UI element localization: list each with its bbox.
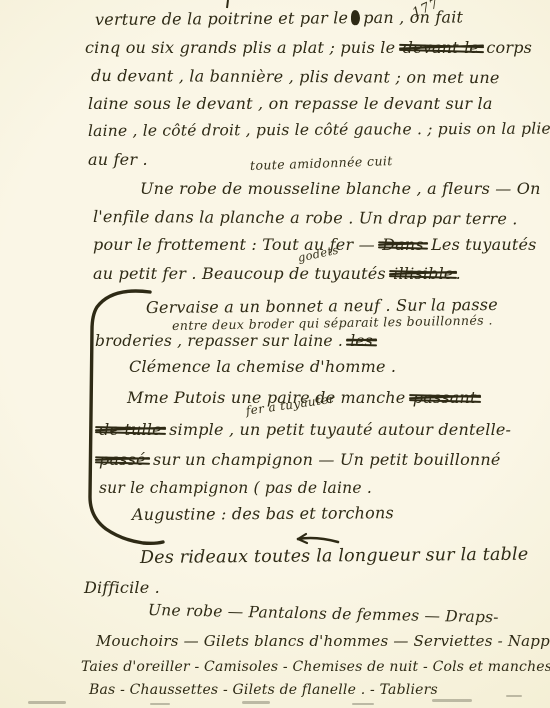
strikethrough-text: devant le: [401, 38, 482, 58]
handwriting-line: Bas - Chaussettes - Gilets de flanelle .…: [89, 682, 438, 700]
handwriting-line: passé sur un champignon — Un petit bouil…: [97, 450, 501, 470]
line-text: verture de la poitrine et par le: [95, 8, 348, 29]
strikethrough-text: passant: [411, 388, 479, 408]
line-text: sur un champignon — Un petit bouillonné: [153, 450, 501, 469]
handwriting-line: au fer .: [88, 150, 148, 170]
handwriting-line: Mouchoirs — Gilets blancs d'hommes — Ser…: [96, 632, 550, 651]
insertion-arrow-head: [298, 534, 307, 543]
line-text: pan , on fait: [363, 7, 463, 27]
handwriting-line: Une robe de mousseline blanche , a fleur…: [140, 179, 541, 199]
handwriting-line: laine sous le devant , on repasse le dev…: [88, 94, 493, 114]
strikethrough-text: de tulle: [97, 420, 164, 440]
handwriting-line: verture de la poitrine et par lexpan , o…: [95, 7, 463, 30]
strikethrough-text: illisible: [391, 264, 455, 284]
manuscript-page: 177 verture de la poitrine et par lexpan…: [0, 0, 550, 708]
handwriting-line: laine , le côté droit , puis le côté gau…: [88, 120, 550, 142]
handwriting-line: Une robe — Pantalons de femmes — Draps-: [148, 601, 499, 628]
line-text: simple , un petit tuyauté autour dentell…: [169, 420, 511, 439]
scan-tick-mark: [227, 0, 228, 8]
handwriting-line: broderies , repasser sur laine . les: [95, 332, 375, 351]
scan-smudge: [28, 701, 66, 704]
handwriting-line: de tulle simple , un petit tuyauté autou…: [97, 420, 511, 440]
scan-smudge: [242, 701, 270, 704]
handwriting-line: du devant , la bannière , plis devant ; …: [91, 66, 500, 88]
handwriting-line: l'enfile dans la planche a robe . Un dra…: [93, 207, 518, 229]
interlinear-insertion: toute amidonnée cuit: [250, 153, 393, 174]
ink-blot: x: [351, 10, 360, 25]
handwriting-line: cinq ou six grands plis a plat ; puis le…: [85, 38, 532, 58]
strikethrough-text: les: [348, 332, 375, 351]
scan-smudge: [506, 695, 522, 697]
scan-smudge: [432, 699, 472, 702]
line-text: corps: [486, 38, 532, 57]
line-text: au petit fer . Beaucoup de tuyautés: [93, 264, 386, 283]
line-text: cinq ou six grands plis a plat ; puis le: [85, 38, 395, 57]
handwriting-line: Taies d'oreiller - Camisoles - Chemises …: [81, 659, 550, 677]
handwriting-line: Des rideaux toutes la longueur sur la ta…: [140, 545, 529, 570]
scan-smudge: [352, 703, 374, 705]
insertion-arrow-mark: [298, 538, 338, 542]
handwriting-line: Difficile .: [84, 578, 160, 598]
scan-smudge: [150, 703, 170, 705]
line-text: .: [456, 264, 461, 283]
strikethrough-text: Dans: [380, 235, 426, 255]
handwriting-line: sur le champignon ( pas de laine .: [99, 479, 372, 498]
line-text: Les tuyautés: [431, 235, 537, 254]
handwriting-line: au petit fer . Beaucoup de tuyautés illi…: [93, 264, 461, 284]
handwriting-line: Augustine : des bas et torchons: [132, 503, 394, 525]
handwriting-line: Clémence la chemise d'homme .: [129, 357, 396, 377]
strikethrough-text: passé: [97, 450, 148, 470]
line-text: broderies , repasser sur laine .: [95, 332, 343, 350]
